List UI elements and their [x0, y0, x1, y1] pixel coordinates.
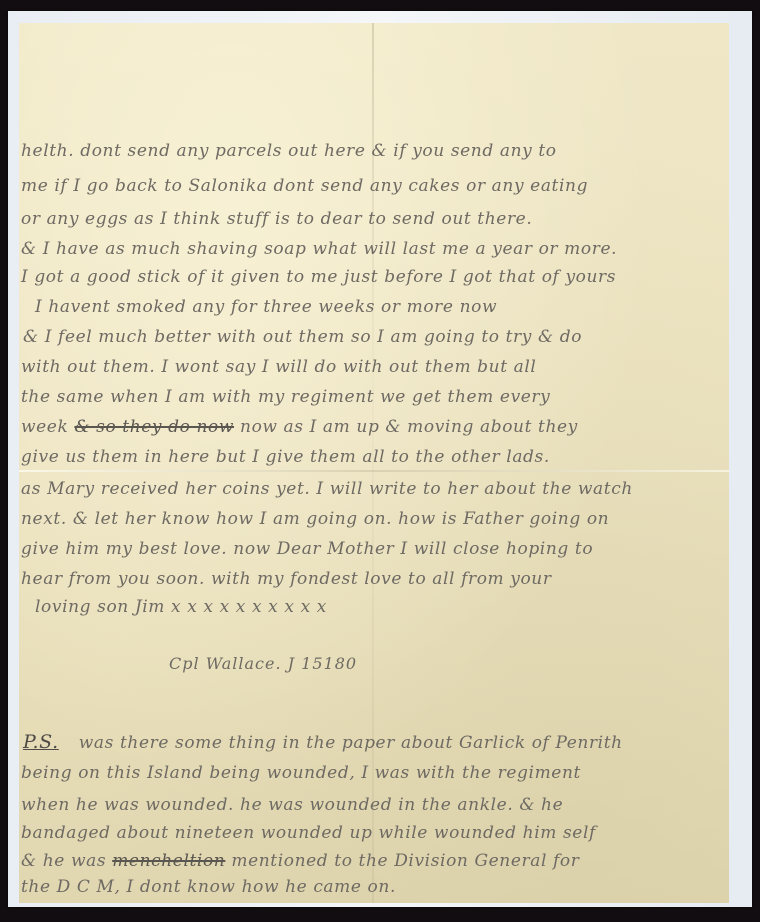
postscript-line-5: & he was mencheltion mentioned to the Di… [21, 851, 579, 871]
letter-line-8: with out them. I wont say I will do with… [21, 357, 536, 377]
postscript-line-1-text: was there some thing in the paper about … [79, 733, 623, 753]
postscript-line-2: being on this Island being wounded, I wa… [21, 763, 581, 783]
postscript-marker: P.S. [23, 731, 59, 753]
line10-prefix: week [21, 417, 68, 437]
letter-line-3: or any eggs as I think stuff is to dear … [21, 209, 532, 229]
postscript-line-4: bandaged about nineteen wounded up while… [21, 823, 596, 843]
struck-through-text: & so they do now [74, 417, 234, 437]
letter-line-13: next. & let her know how I am going on. … [21, 509, 609, 529]
letter-line-15: hear from you soon. with my fondest love… [21, 569, 552, 589]
letter-closing: loving son Jim x x x x x x x x x x [35, 597, 327, 617]
letter-line-11: give us them in here but I give them all… [21, 447, 550, 467]
postscript-line-3: when he was wounded. he was wounded in t… [21, 795, 563, 815]
letter-line-14: give him my best love. now Dear Mother I… [21, 539, 593, 559]
letter-line-1: helth. dont send any parcels out here & … [21, 141, 557, 161]
postscript-line-5-prefix: & he was [21, 851, 106, 871]
letter-line-5: I got a good stick of it given to me jus… [21, 267, 616, 287]
struck-through-text: mencheltion [112, 851, 225, 871]
line10-rest: now as I am up & moving about they [240, 417, 578, 437]
letter-page: helth. dont send any parcels out here & … [19, 23, 729, 903]
letter-line-12: as Mary received her coins yet. I will w… [21, 479, 633, 499]
postscript-line-6: the D C M, I dont know how he came on. [21, 877, 396, 897]
postscript-line-1: P.S. was there some thing in the paper a… [23, 731, 623, 753]
signature: Cpl Wallace. J 15180 [169, 654, 357, 673]
letter-line-9: the same when I am with my regiment we g… [21, 387, 550, 407]
letter-line-10: week & so they do now now as I am up & m… [21, 417, 578, 437]
postscript-line-5-rest: mentioned to the Division General for [231, 851, 579, 871]
letter-line-6: I havent smoked any for three weeks or m… [35, 297, 497, 317]
letter-line-2: me if I go back to Salonika dont send an… [21, 176, 588, 196]
horizontal-fold-crease [19, 470, 729, 472]
letter-line-7: & I feel much better with out them so I … [23, 327, 582, 347]
letter-line-4: & I have as much shaving soap what will … [21, 239, 617, 259]
